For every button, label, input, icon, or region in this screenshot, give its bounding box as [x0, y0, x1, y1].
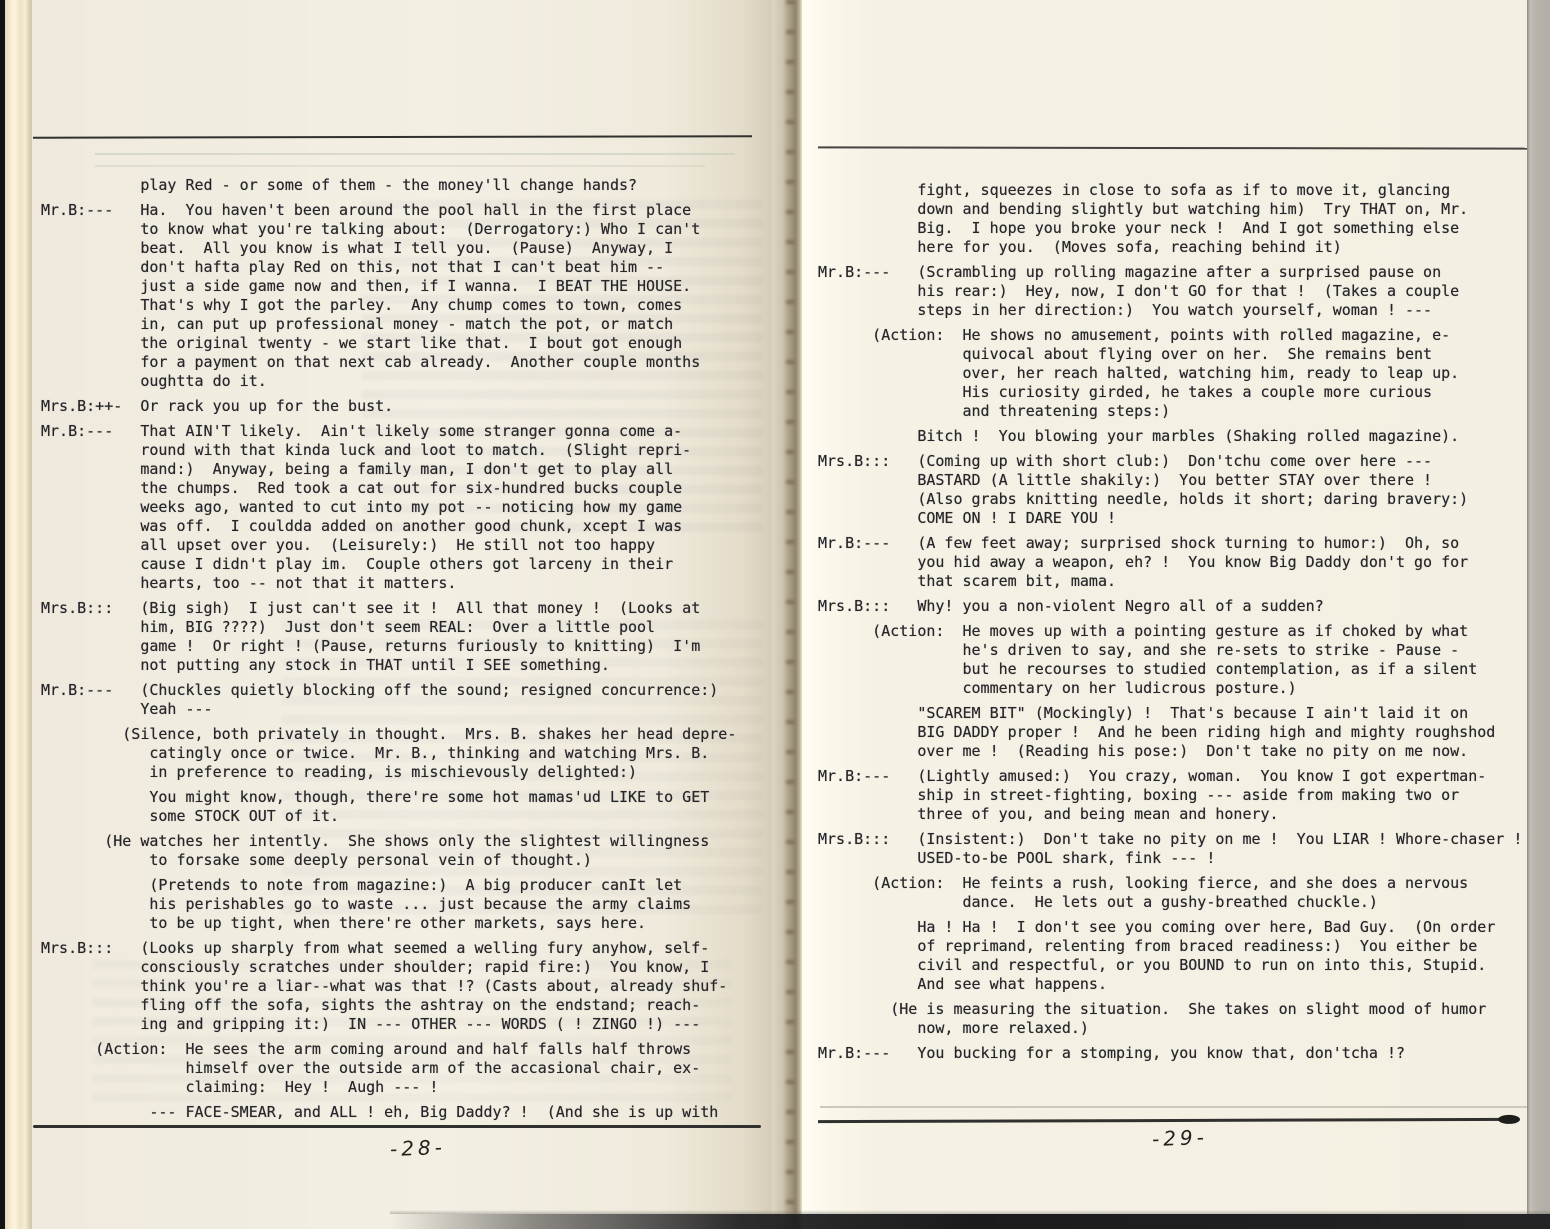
script-paragraph: Mr.B:--- That AIN'T likely. Ain't likely… [41, 422, 765, 593]
script-paragraph: (Action: He shows no amusement, points w… [818, 326, 1542, 421]
script-paragraph: Mr.B:--- You bucking for a stomping, you… [818, 1044, 1542, 1063]
script-paragraph: Mr.B:--- (Chuckles quietly blocking off … [41, 681, 765, 719]
script-paragraph: Mrs.B::: (Big sigh) I just can't see it … [41, 599, 765, 675]
script-paragraph: Mrs.B::: (Insistent:) Don't take no pity… [818, 830, 1542, 868]
script-paragraph: (He is measuring the situation. She take… [818, 1000, 1542, 1038]
script-paragraph: --- FACE-SMEAR, and ALL ! eh, Big Daddy?… [41, 1103, 765, 1122]
script-paragraph: (Action: He moves up with a pointing ges… [818, 622, 1542, 698]
script-paragraph: play Red - or some of them - the money'l… [41, 176, 765, 195]
script-paragraph: Bitch ! You blowing your marbles (Shakin… [818, 427, 1542, 446]
bleed-through-rule [95, 153, 735, 155]
script-paragraph: Mrs.B::: (Looks up sharply from what see… [41, 939, 765, 1034]
scanned-book-spread: play Red - or some of them - the money'l… [0, 0, 1550, 1229]
right-page-number: -29- [1152, 1125, 1209, 1151]
left-page-stack-edge [5, 0, 32, 1229]
script-paragraph: (Action: He sees the arm coming around a… [41, 1040, 765, 1097]
right-page-faint-rule [820, 1106, 1535, 1108]
script-paragraph: Ha ! Ha ! I don't see you coming over he… [818, 918, 1542, 994]
script-paragraph: Mr.B:--- (Scrambling up rolling magazine… [818, 263, 1542, 320]
script-paragraph: Mr.B:--- (Lightly amused:) You crazy, wo… [818, 767, 1542, 824]
script-paragraph: (Silence, both privately in thought. Mrs… [41, 725, 765, 782]
script-paragraph: Mrs.B::: Why! you a non-violent Negro al… [818, 597, 1542, 616]
bleed-through-rule [95, 165, 705, 167]
script-paragraph: Mrs.B::: (Coming up with short club:) Do… [818, 452, 1542, 528]
script-paragraph: Mr.B:--- Ha. You haven't been around the… [41, 201, 765, 391]
binding-gutter-shadow [786, 0, 794, 1229]
table-shadow [390, 1214, 1550, 1229]
right-page-outer-edge [1527, 0, 1550, 1229]
script-paragraph: (He watches her intently. She shows only… [41, 832, 765, 870]
left-page-number: -28- [390, 1135, 447, 1161]
script-paragraph: Mr.B:--- (A few feet away; surprised sho… [818, 534, 1542, 591]
script-paragraph: "SCAREM BIT" (Mockingly) ! That's becaus… [818, 704, 1542, 761]
right-page-script-text: fight, squeezes in close to sofa as if t… [818, 181, 1542, 1069]
script-paragraph: You might know, though, there're some ho… [41, 788, 765, 826]
left-page-script-text: play Red - or some of them - the money'l… [41, 176, 765, 1128]
script-paragraph: Mrs.B:++- Or rack you up for the bust. [41, 397, 765, 416]
script-paragraph: fight, squeezes in close to sofa as if t… [818, 181, 1542, 257]
script-paragraph: (Action: He feints a rush, looking fierc… [818, 874, 1542, 912]
script-paragraph: (Pretends to note from magazine:) A big … [41, 876, 765, 933]
